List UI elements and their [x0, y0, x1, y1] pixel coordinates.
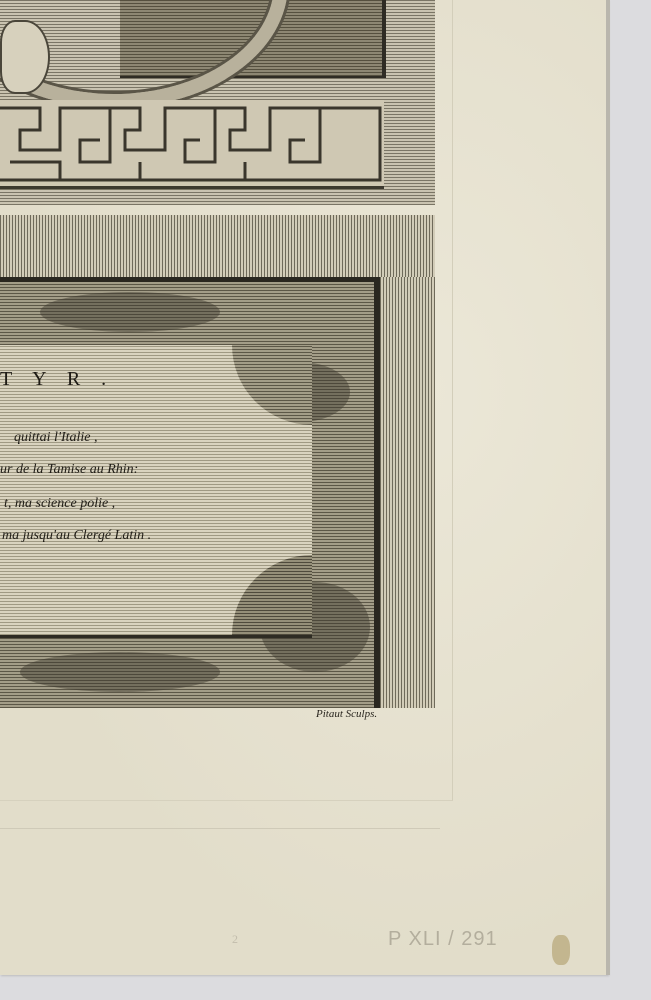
fluted-frame-top [0, 215, 435, 277]
verse-line: ma jusqu'au Clergé Latin . [2, 528, 151, 544]
upper-ornament-band [0, 0, 435, 205]
marble-vein [40, 292, 220, 332]
pencil-inscription: P XLI / 291 [388, 928, 498, 951]
engraver-signature: Pitaut Sculps. [316, 708, 377, 720]
verse-line: quittai l'Italie , [14, 430, 98, 446]
greek-key-frieze [0, 100, 384, 189]
paper-stain [552, 935, 570, 965]
mascaron-ornament [0, 20, 50, 94]
paper-edge [606, 0, 610, 975]
verse-line: ur de la Tamise au Rhin: [0, 462, 138, 478]
marble-vein [20, 652, 220, 692]
verse-line: t, ma science polie , [4, 496, 115, 512]
fluted-frame-right [380, 277, 435, 708]
engraving: T Y R . quittai l'Italie , ur de la Tami… [0, 0, 435, 708]
print-paper: T Y R . quittai l'Italie , ur de la Tami… [0, 0, 608, 975]
inscription-title: T Y R . [0, 368, 114, 391]
paper-fold-line [0, 828, 440, 829]
greek-key-icon [0, 100, 384, 186]
pencil-mark: 2 [232, 932, 238, 947]
